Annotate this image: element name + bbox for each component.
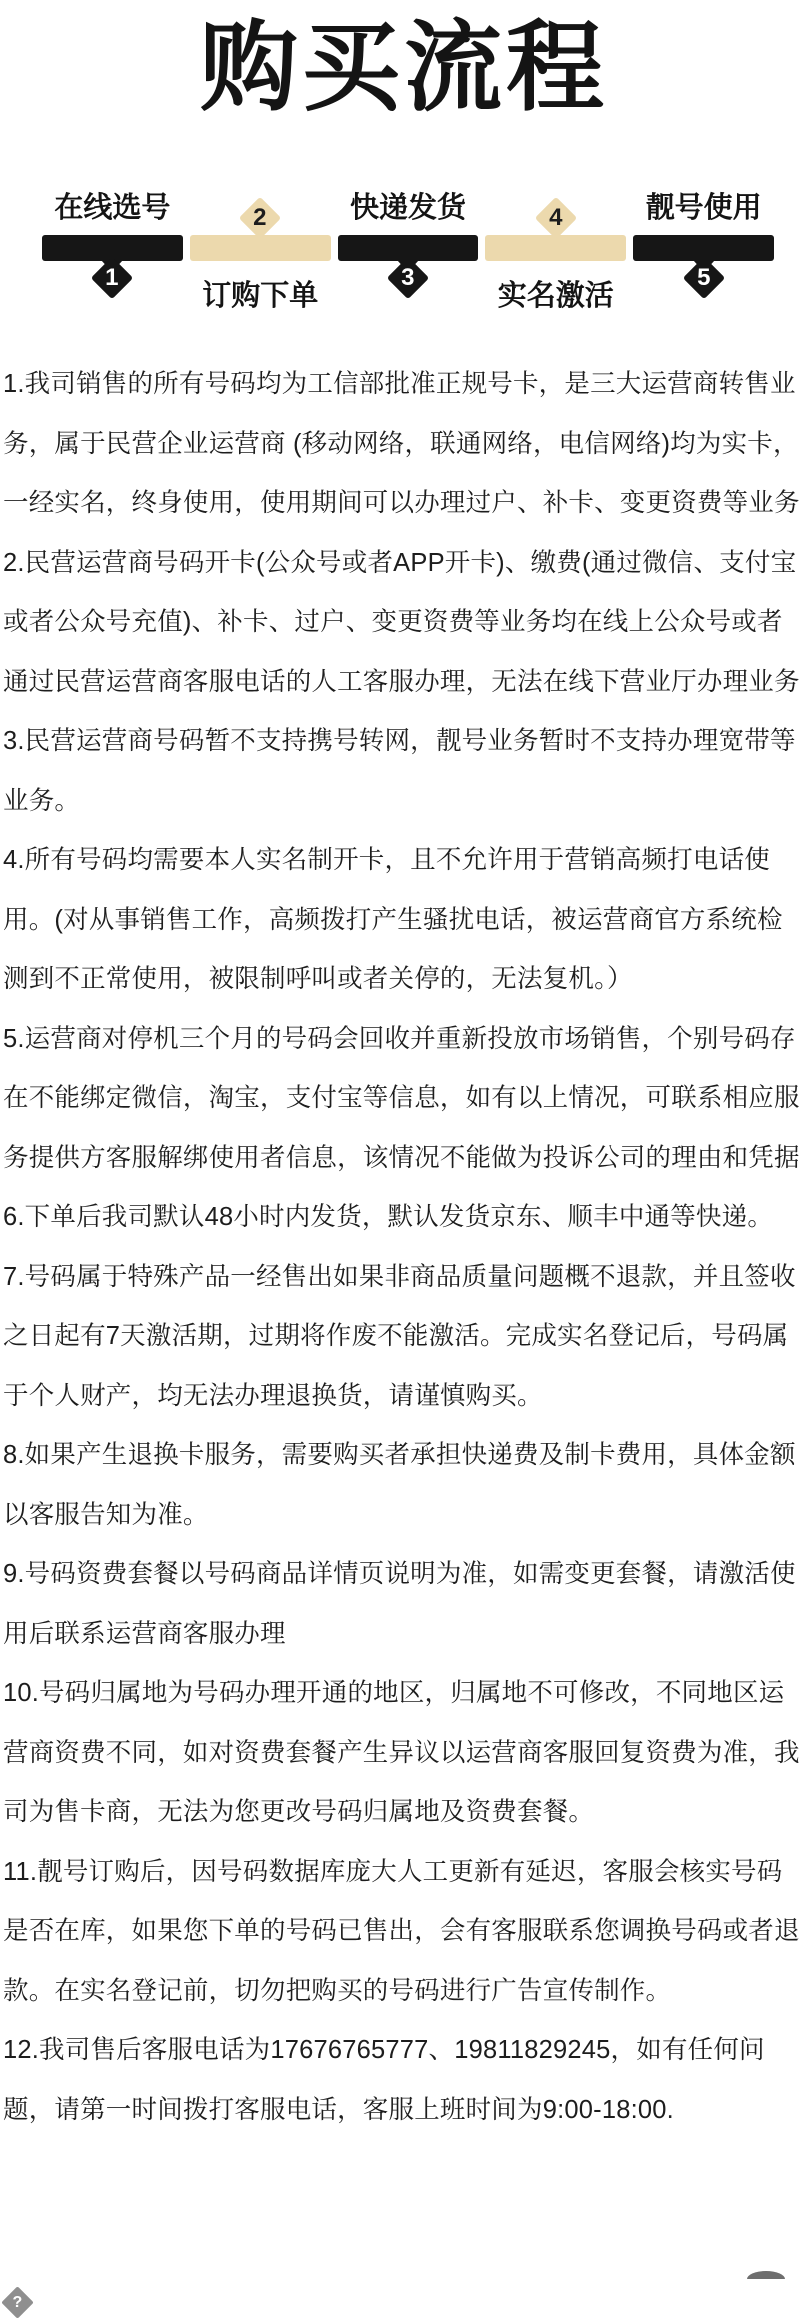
terms-paragraph-12: 12.我司售后客服电话为17676765777、19811829245，如有任何… xyxy=(3,2021,802,2140)
step-3-number-badge: 3 xyxy=(387,257,429,299)
purchase-terms: 1.我司销售的所有号码均为工信部批准正规号卡，是三大运营商转售业务，属于民营企业… xyxy=(0,355,808,2140)
page-title: 购买流程 xyxy=(0,8,808,128)
terms-paragraph-11: 11.靓号订购后，因号码数据库庞大人工更新有延迟，客服会核实号码是否在库，如果您… xyxy=(3,1843,802,2022)
step-2-number: 2 xyxy=(254,206,267,230)
step-2-bar-segment xyxy=(190,235,331,261)
terms-paragraph-9: 9.号码资费套餐以号码商品详情页说明为准，如需变更套餐，请激活使用后联系运营商客… xyxy=(3,1545,802,1664)
flow-step-3: 快递发货 3 xyxy=(338,183,479,325)
step-4-number: 4 xyxy=(549,206,562,230)
step-3-number: 3 xyxy=(401,266,414,290)
step-5-number: 5 xyxy=(697,266,710,290)
step-4-label: 实名激活 xyxy=(498,273,614,314)
terms-paragraph-10: 10.号码归属地为号码办理开通的地区，归属地不可修改，不同地区运营商资费不同，如… xyxy=(3,1664,802,1843)
terms-paragraph-4: 4.所有号码均需要本人实名制开卡，且不允许用于营销高频打电话使用。(对从事销售工… xyxy=(3,831,802,1010)
terms-paragraph-2: 2.民营运营商号码开卡(公众号或者APP开卡)、缴费(通过微信、支付宝或者公众号… xyxy=(3,534,802,713)
step-2-number-badge: 2 xyxy=(239,197,281,239)
terms-paragraph-3: 3.民营运营商号码暂不支持携号转网，靓号业务暂时不支持办理宽带等业务。 xyxy=(3,712,802,831)
terms-paragraph-7: 7.号码属于特殊产品一经售出如果非商品质量问题概不退款，并且签收之日起有7天激活… xyxy=(3,1248,802,1427)
step-2-label: 订购下单 xyxy=(202,273,318,314)
purchase-flow-diagram: 在线选号 1 2 订购下单 快递发货 3 xyxy=(42,183,774,325)
step-4-number-badge: 4 xyxy=(535,197,577,239)
terms-paragraph-1: 1.我司销售的所有号码均为工信部批准正规号卡，是三大运营商转售业务，属于民营企业… xyxy=(3,355,802,534)
flow-step-4: 4 实名激活 xyxy=(485,183,626,325)
step-1-label: 在线选号 xyxy=(54,185,170,226)
step-5-label: 靓号使用 xyxy=(646,185,762,226)
flow-step-1: 在线选号 1 xyxy=(42,183,183,325)
step-4-bar-segment xyxy=(485,235,626,261)
help-question-glyph: ? xyxy=(13,2295,23,2311)
step-1-number: 1 xyxy=(106,266,119,290)
flow-step-5: 靓号使用 5 xyxy=(633,183,774,325)
help-question-icon[interactable]: ? xyxy=(1,2286,34,2319)
partial-circle-decoration xyxy=(747,2271,785,2279)
step-3-label: 快递发货 xyxy=(350,185,466,226)
terms-paragraph-8: 8.如果产生退换卡服务，需要购买者承担快递费及制卡费用，具体金额以客服告知为准。 xyxy=(3,1426,802,1545)
step-1-number-badge: 1 xyxy=(91,257,133,299)
step-5-number-badge: 5 xyxy=(682,257,724,299)
terms-paragraph-5: 5.运营商对停机三个月的号码会回收并重新投放市场销售，个别号码存在不能绑定微信，… xyxy=(3,1010,802,1189)
flow-step-2: 2 订购下单 xyxy=(190,183,331,325)
terms-paragraph-6: 6.下单后我司默认48小时内发货，默认发货京东、顺丰中通等快递。 xyxy=(3,1188,802,1248)
